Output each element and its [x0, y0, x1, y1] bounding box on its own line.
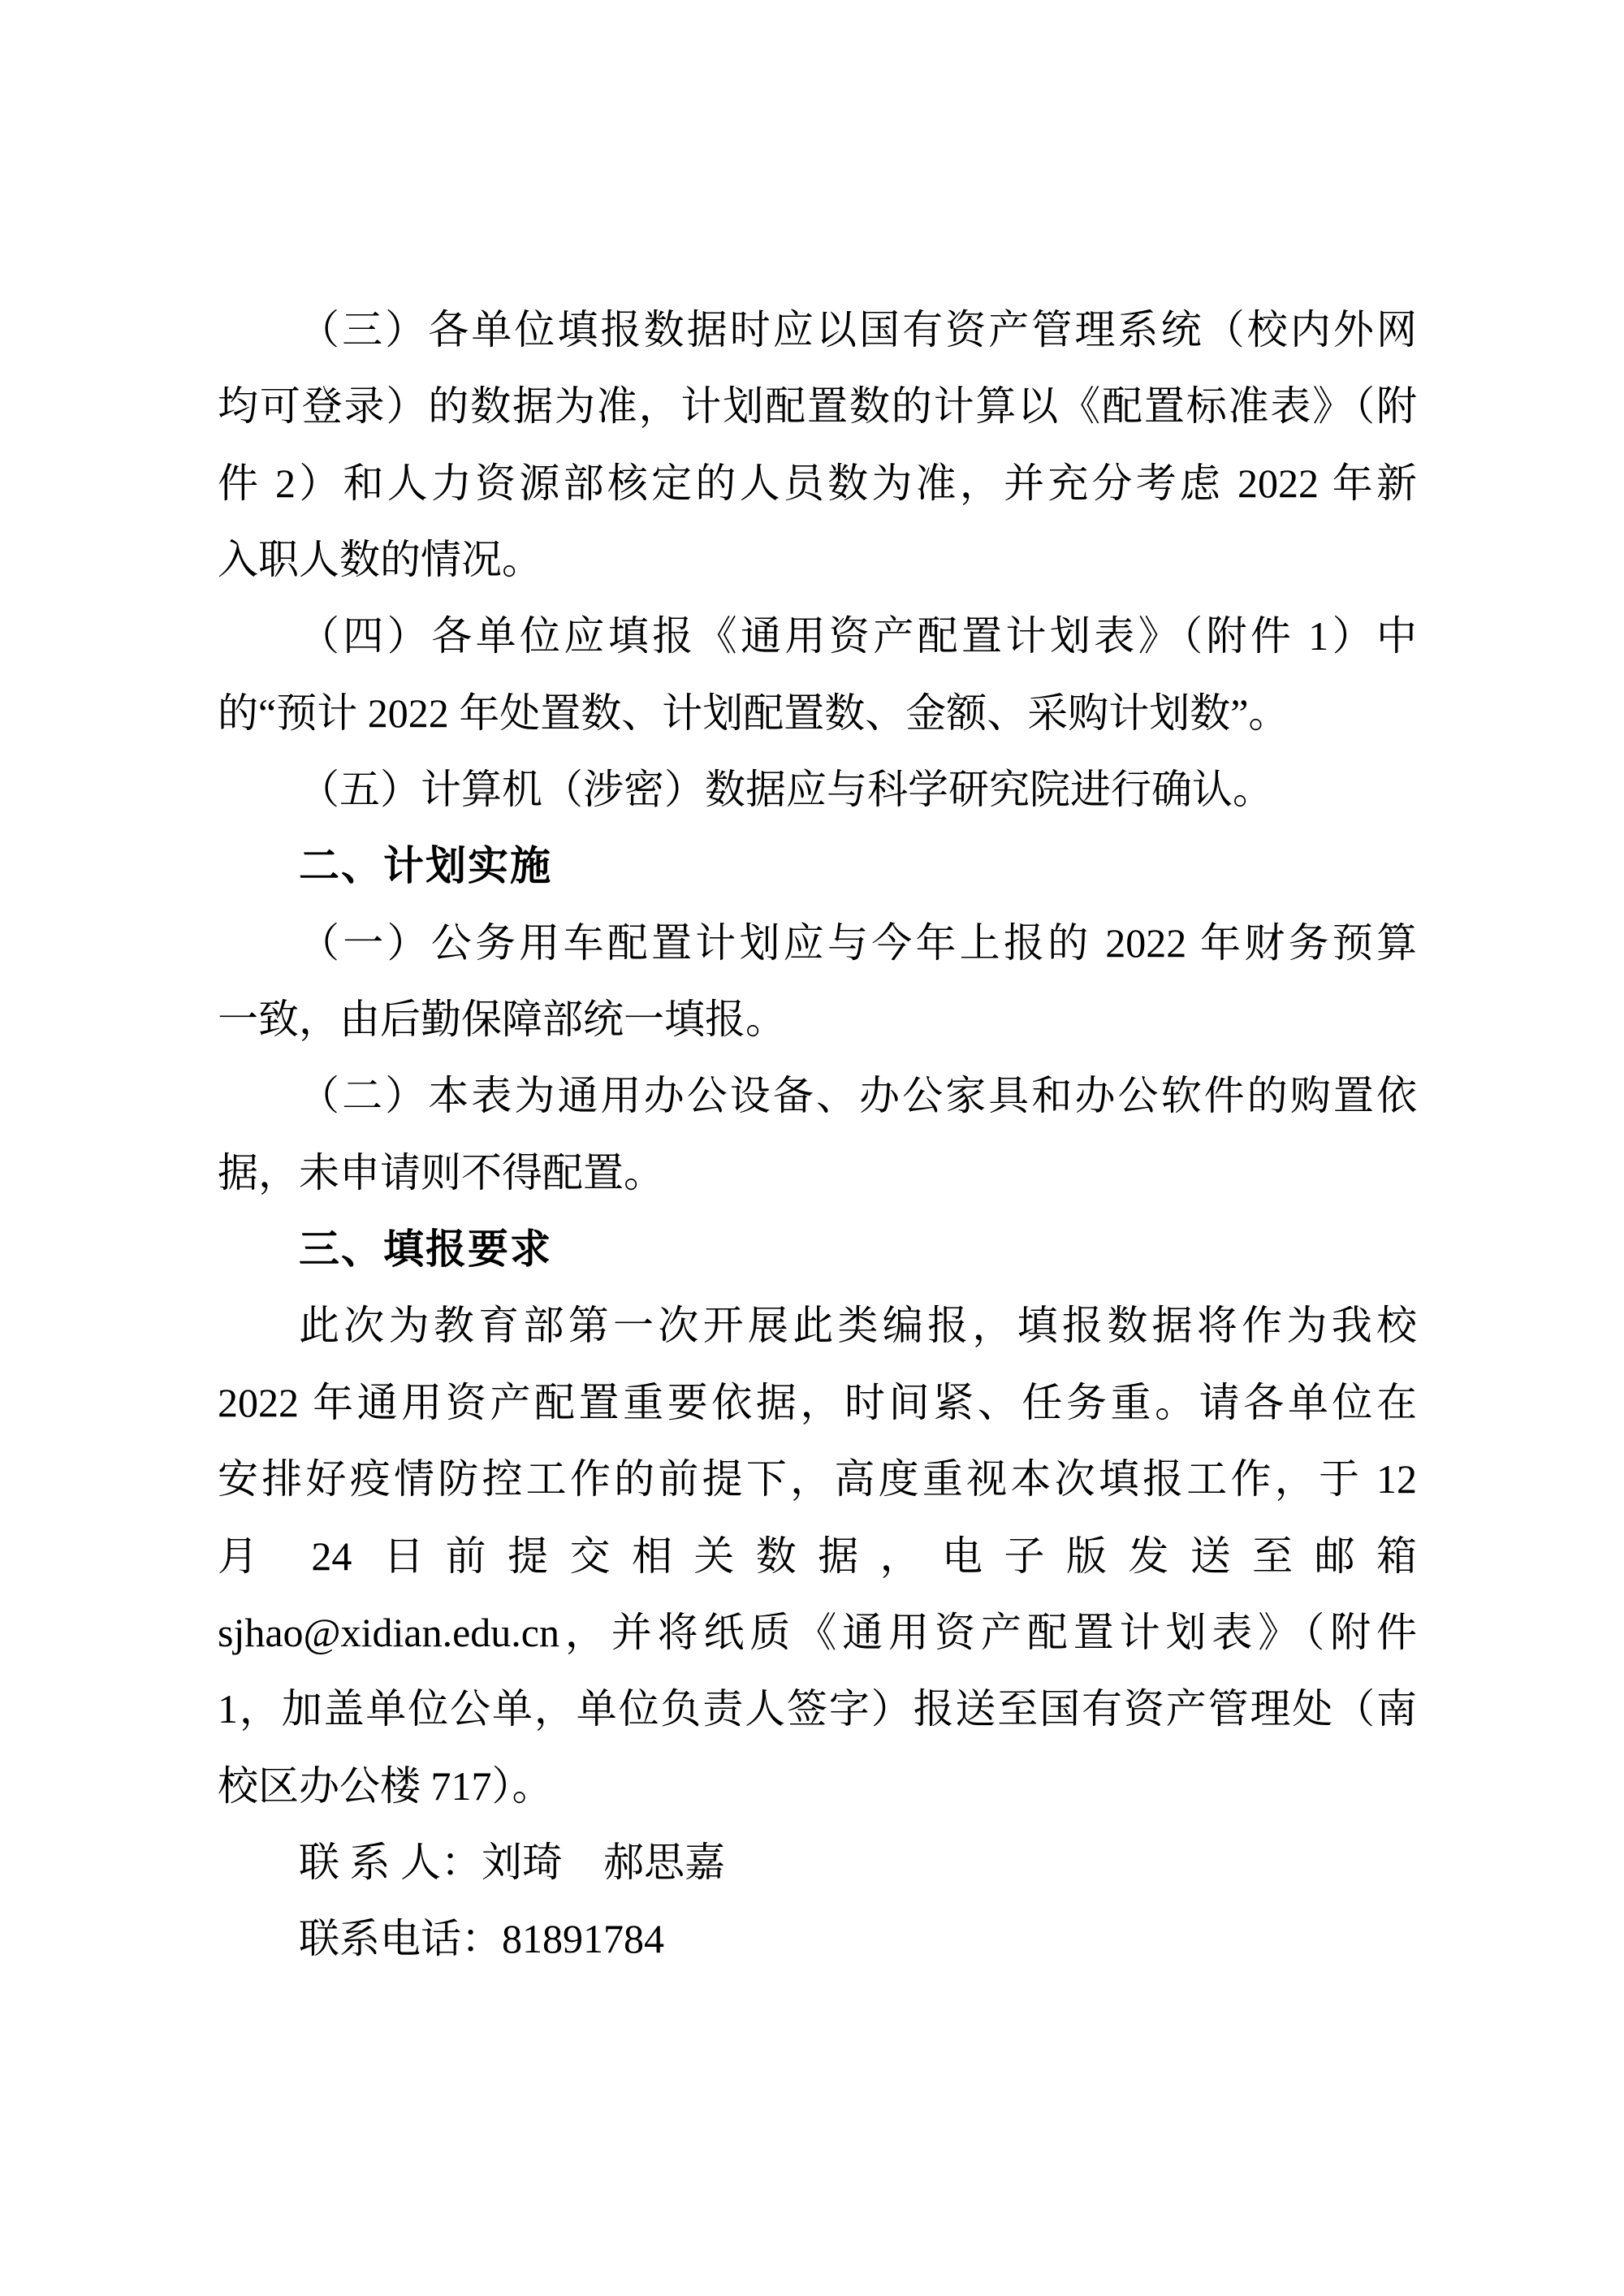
section-heading-2: 二、计划实施 [218, 828, 1417, 904]
paragraph-line: （一）公务用车配置计划应与今年上报的 2022 年财务预算 [218, 905, 1417, 981]
paragraph-line: 入职人数的情况。 [218, 521, 1417, 598]
paragraph-line: 2022 年通用资产配置重要依据，时间紧、任务重。请各单位在 [218, 1364, 1417, 1441]
paragraph-line: 1，加盖单位公单，单位负责人签字）报送至国有资产管理处（南 [218, 1671, 1417, 1747]
document-body: （三）各单位填报数据时应以国有资产管理系统（校内外网均可登录）的数据为准，计划配… [218, 292, 1417, 1978]
contact-person-line: 联 系 人：刘琦 郝思嘉 [218, 1824, 1417, 1900]
paragraph-line: （五）计算机（涉密）数据应与科学研究院进行确认。 [218, 751, 1417, 828]
paragraph-line: （二）本表为通用办公设备、办公家具和办公软件的购置依 [218, 1057, 1417, 1134]
paragraph-line: 此次为教育部第一次开展此类编报，填报数据将作为我校 [218, 1287, 1417, 1364]
paragraph-line: （四）各单位应填报《通用资产配置计划表》（附件 1）中 [218, 598, 1417, 674]
paragraph-line: 的“预计 2022 年处置数、计划配置数、金额、采购计划数”。 [218, 675, 1417, 751]
paragraph-line: 一致，由后勤保障部统一填报。 [218, 981, 1417, 1057]
contact-phone-line: 联系电话：81891784 [218, 1900, 1417, 1977]
paragraph-line: （三）各单位填报数据时应以国有资产管理系统（校内外网 [218, 292, 1417, 368]
paragraph-line: 安排好疫情防控工作的前提下，高度重视本次填报工作，于 12 [218, 1441, 1417, 1517]
paragraph-line: 校区办公楼 717）。 [218, 1748, 1417, 1824]
paragraph-line: 均可登录）的数据为准，计划配置数的计算以《配置标准表》（附 [218, 368, 1417, 444]
paragraph-line: 据，未申请则不得配置。 [218, 1135, 1417, 1211]
paragraph-line: 月 24 日前提交相关数据，电子版发送至邮箱 [218, 1518, 1417, 1594]
paragraph-line: sjhao@xidian.edu.cn，并将纸质《通用资产配置计划表》（附件 [218, 1594, 1417, 1671]
document-page: （三）各单位填报数据时应以国有资产管理系统（校内外网均可登录）的数据为准，计划配… [0, 0, 1624, 2296]
section-heading-3: 三、填报要求 [218, 1211, 1417, 1287]
paragraph-line: 件 2）和人力资源部核定的人员数为准，并充分考虑 2022 年新 [218, 445, 1417, 521]
